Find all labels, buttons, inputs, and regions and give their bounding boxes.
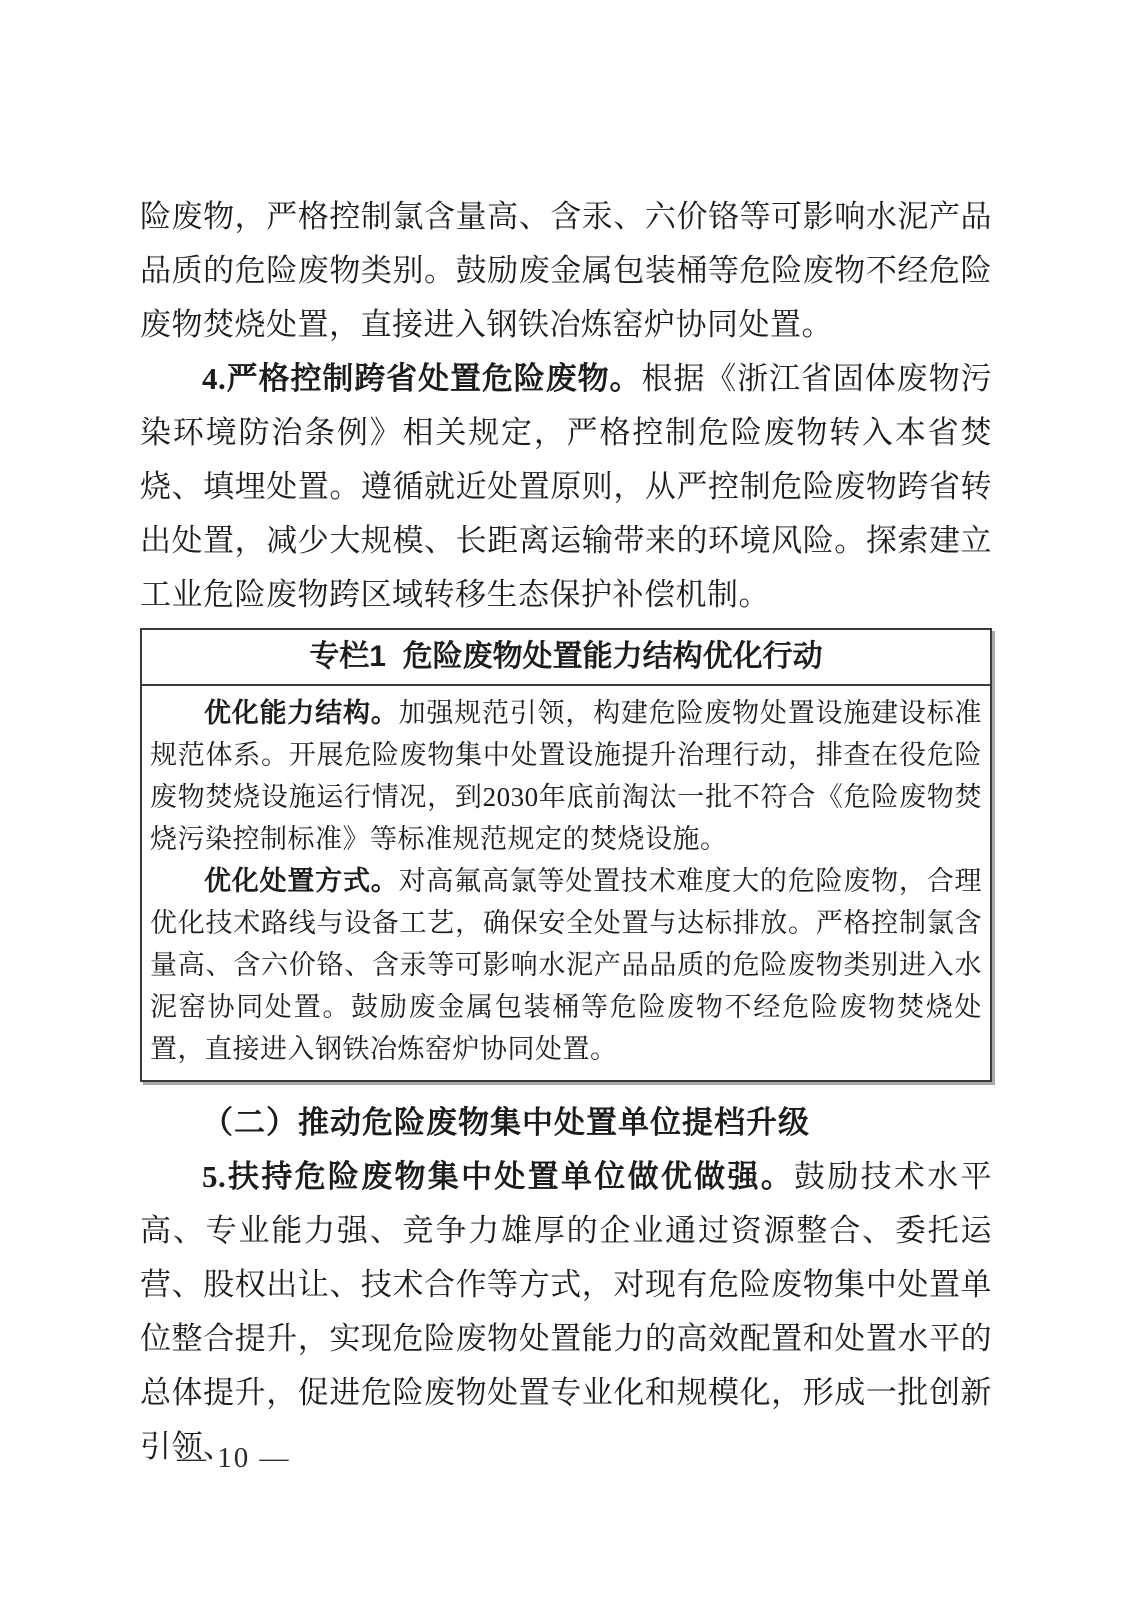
column-box-title: 专栏1 危险废物处置能力结构优化行动 [142,630,990,686]
item5-body-text: 鼓励技术水平高、专业能力强、竞争力雄厚的企业通过资源整合、委托运营、股权出让、技… [140,1159,992,1464]
column-box-body: 优化能力结构。加强规范引领，构建危险废物处置设施建设标准规范体系。开展危险废物集… [142,686,990,1080]
page-content: 险废物，严格控制氯含量高、含汞、六价铬等可影响水泥产品品质的危险废物类别。鼓励废… [140,190,992,1474]
item4-lead-text: 4.严格控制跨省处置危险废物。 [202,361,641,396]
box-para2-lead-text: 优化处置方式。 [204,866,399,896]
item4-body-text: 根据《浙江省固体废物污染环境防治条例》相关规定，严格控制危险废物转入本省焚烧、填… [140,361,992,612]
box-para1-lead-text: 优化能力结构。 [204,698,399,728]
box-paragraph-1: 优化能力结构。加强规范引领，构建危险废物处置设施建设标准规范体系。开展危险废物集… [150,692,982,860]
section-heading-2: （二）推动危险废物集中处置单位提档升级 [140,1096,992,1150]
box-paragraph-2: 优化处置方式。对高氟高氯等处置技术难度大的危险废物，合理优化技术路线与设备工艺，… [150,860,982,1070]
paragraph-continuation: 险废物，严格控制氯含量高、含汞、六价铬等可影响水泥产品品质的危险废物类别。鼓励废… [140,190,992,352]
item5-lead-text: 5.扶持危险废物集中处置单位做优做强。 [202,1159,794,1194]
page-number: — 10 — [177,1442,291,1475]
document-page: 险废物，严格控制氯含量高、含汞、六价铬等可影响水泥产品品质的危险废物类别。鼓励废… [0,0,1131,1600]
paragraph-item4: 4.严格控制跨省处置危险废物。根据《浙江省固体废物污染环境防治条例》相关规定，严… [140,352,992,622]
paragraph-item5: 5.扶持危险废物集中处置单位做优做强。鼓励技术水平高、专业能力强、竞争力雄厚的企… [140,1150,992,1474]
column-box-1: 专栏1 危险废物处置能力结构优化行动 优化能力结构。加强规范引领，构建危险废物处… [140,628,992,1082]
